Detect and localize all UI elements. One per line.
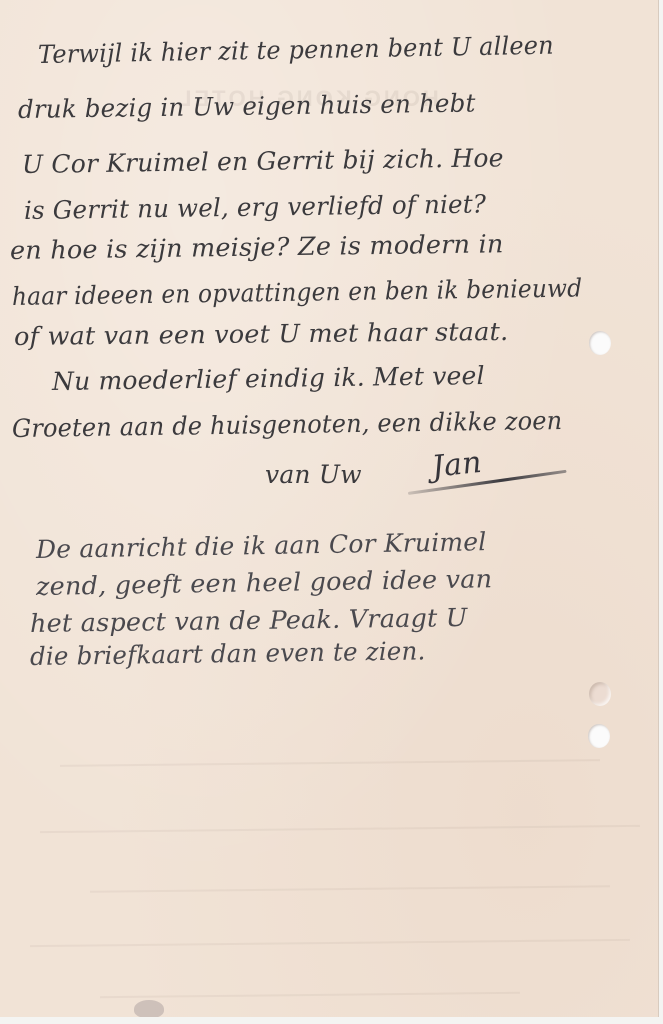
punch-hole bbox=[589, 331, 611, 355]
punch-hole-dent bbox=[589, 682, 611, 706]
postscript-line: zend, geeft een heel goed idee van bbox=[36, 564, 493, 601]
show-through-line bbox=[90, 885, 610, 892]
letter-line: is Gerrit nu wel, erg verliefd of niet? bbox=[24, 189, 487, 225]
letter-line: of wat van een voet U met haar staat. bbox=[14, 317, 509, 351]
letter-page: HONG KONG HOTEL Terwijl ik hier zit te p… bbox=[0, 0, 659, 1017]
closing-line: Groeten aan de huisgenoten, een dikke zo… bbox=[12, 406, 563, 443]
letter-line: en hoe is zijn meisje? Ze is modern in bbox=[10, 229, 504, 265]
postscript-line: het aspect van de Peak. Vraagt U bbox=[30, 603, 468, 638]
closing-line: Nu moederlief eindig ik. Met veel bbox=[52, 361, 485, 396]
letter-line: druk bezig in Uw eigen huis en hebt bbox=[18, 88, 476, 124]
ink-stain bbox=[134, 1000, 164, 1017]
letter-line: haar ideeen en opvattingen en ben ik ben… bbox=[12, 273, 583, 311]
letter-line: U Cor Kruimel en Gerrit bij zich. Hoe bbox=[22, 143, 504, 179]
show-through-line bbox=[30, 939, 630, 947]
show-through-line bbox=[40, 825, 640, 833]
postscript-line: De aanricht die ik aan Cor Kruimel bbox=[36, 527, 487, 564]
show-through-line bbox=[60, 759, 600, 767]
postscript-line: die briefkaart dan even te zien. bbox=[30, 636, 426, 671]
signature-underline bbox=[408, 470, 567, 495]
letter-line: Terwijl ik hier zit te pennen bent U all… bbox=[38, 31, 554, 69]
signature: Jan bbox=[430, 445, 483, 485]
show-through-line bbox=[100, 992, 520, 998]
signature-prefix: van Uw bbox=[265, 460, 362, 489]
punch-hole bbox=[588, 724, 610, 748]
